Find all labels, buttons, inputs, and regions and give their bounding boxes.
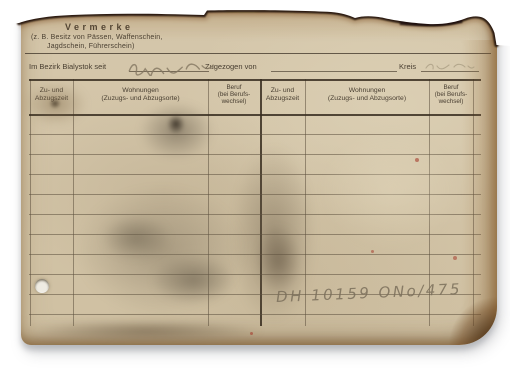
stain (29, 320, 264, 342)
header-cell-left-col1: Zu- undAbzugszeit (30, 79, 73, 114)
kreis-label: Kreis (399, 62, 416, 71)
table-row-line (29, 234, 481, 235)
red-speck (453, 256, 457, 260)
table-row-line (29, 154, 481, 155)
header-cell-label: Wohnungen (305, 87, 429, 95)
header-cell-right-col3: Beruf(bei Berufs-wechsel) (429, 79, 473, 114)
header-cell-label: (bei Berufs- (208, 91, 260, 98)
table-column-line (73, 79, 74, 326)
vermerke-title: Vermerke (65, 22, 134, 32)
table-row-line (29, 194, 481, 195)
table-center-divider (260, 79, 262, 326)
header-cell-label: Abzugszeit (30, 95, 73, 103)
header-cell-right-col1: Zu- undAbzugszeit (260, 79, 305, 114)
photo-background: Vermerke (z. B. Besitz von Pässen, Waffe… (0, 0, 510, 368)
header-cell-label: (Zuzugs- und Abzugsorte) (73, 95, 208, 103)
header-cell-label: Abzugszeit (260, 95, 305, 103)
red-speck (371, 250, 374, 253)
handwritten-reference-number: DH 10159 ONo/475 (276, 280, 463, 306)
stain (151, 255, 236, 305)
bezirk-seit-writing-line (129, 71, 209, 72)
handwritten-scribble-bezirk-seit (125, 54, 217, 76)
table-row-line (29, 314, 481, 315)
table-row-line (29, 214, 481, 215)
red-speck (415, 158, 419, 162)
punch-hole (35, 279, 49, 293)
header-cell-right-col2: Wohnungen(Zuzugs- und Abzugsorte) (305, 79, 429, 114)
red-speck (250, 332, 253, 335)
table-row-line (29, 274, 481, 275)
header-cell-label: Zu- und (260, 87, 305, 95)
header-cell-label: wechsel) (429, 98, 473, 105)
stain (256, 225, 301, 295)
header-cell-label: Beruf (208, 84, 260, 91)
zugezogen-von-label: Zugezogen von (205, 62, 257, 71)
header-cell-label: wechsel) (208, 98, 260, 105)
header-cell-label: Wohnungen (73, 87, 208, 95)
header-cell-left-col3: Beruf(bei Berufs-wechsel) (208, 79, 260, 114)
table-column-line (30, 79, 31, 326)
stain (76, 185, 246, 315)
light-patch (321, 130, 461, 250)
table-column-line (208, 79, 209, 326)
table-header-bottom-border (29, 114, 481, 116)
header-cell-label: (Zuzugs- und Abzugsorte) (305, 95, 429, 103)
vermerke-subtitle-1: (z. B. Besitz von Pässen, Waffenschein, (31, 34, 163, 41)
header-divider-rule (25, 53, 491, 54)
table-row-line (29, 174, 481, 175)
stain (167, 114, 185, 134)
table-row-line (29, 254, 481, 255)
header-cell-label: Beruf (429, 84, 473, 91)
registration-card: Vermerke (z. B. Besitz von Pässen, Waffe… (21, 10, 497, 345)
table-column-line (473, 79, 474, 326)
header-cell-label: Zu- und (30, 87, 73, 95)
header-cell-label: (bei Berufs- (429, 91, 473, 98)
header-cell-left-col2: Wohnungen(Zuzugs- und Abzugsorte) (73, 79, 208, 114)
table-row-line (29, 134, 481, 135)
kreis-writing-line (421, 71, 479, 72)
bezirk-seit-label: Im Bezirk Bialystok seit (29, 62, 106, 71)
vermerke-subtitle-2: Jagdschein, Führerschein) (47, 43, 135, 50)
zugezogen-writing-line (271, 71, 397, 72)
